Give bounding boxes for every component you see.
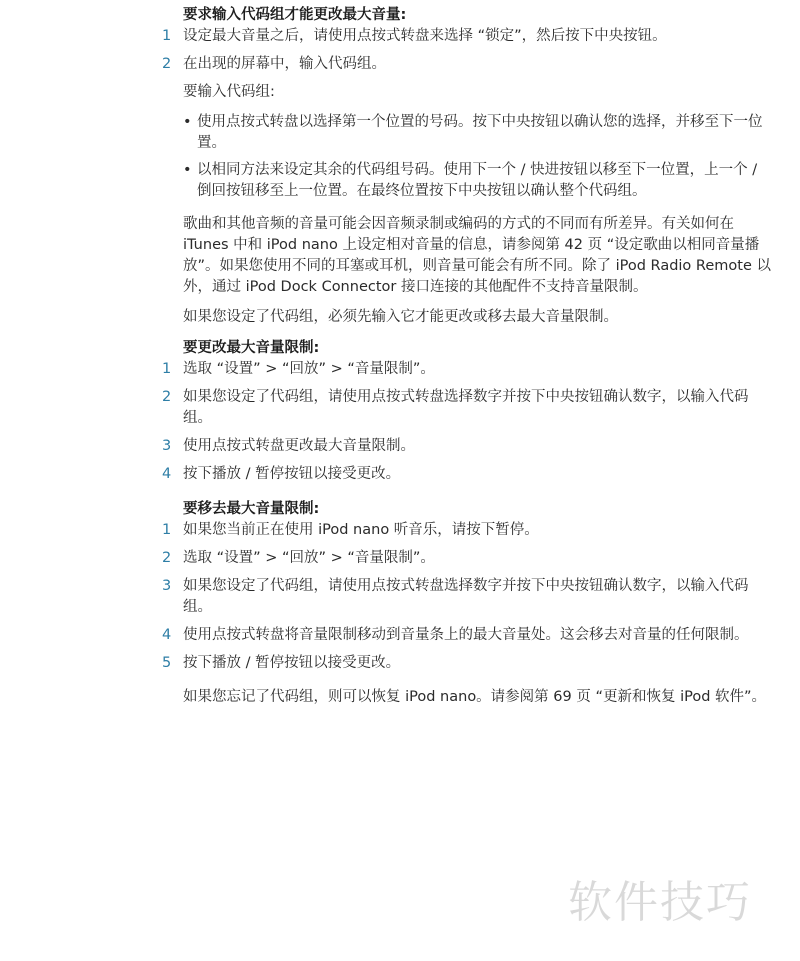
- change-step-1: 1 选取 “设置” > “回放” > “音量限制”。: [183, 359, 773, 380]
- step-text: 选取 “设置” > “回放” > “音量限制”。: [183, 550, 435, 566]
- lock-step-1: 1 设定最大音量之后，请使用点按式转盘来选择 “锁定”，然后按下中央按钮。: [183, 26, 773, 47]
- step-number: 5: [162, 653, 176, 674]
- step-text: 选取 “设置” > “回放” > “音量限制”。: [183, 361, 435, 377]
- passcode-note-paragraph: 如果您设定了代码组，必须先输入它才能更改或移去最大音量限制。: [183, 307, 773, 328]
- bullet-icon: •: [183, 160, 192, 181]
- change-step-4: 4 按下播放 / 暂停按钮以接受更改。: [183, 464, 773, 485]
- step-number: 4: [162, 625, 176, 646]
- step-text: 设定最大音量之后，请使用点按式转盘来选择 “锁定”，然后按下中央按钮。: [183, 28, 667, 44]
- step-text: 如果您设定了代码组，请使用点按式转盘选择数字并按下中央按钮确认数字，以输入代码组…: [183, 578, 749, 615]
- bullet-item: • 以相同方法来设定其余的代码组号码。使用下一个 / 快进按钮以移至下一位置，上…: [183, 160, 773, 202]
- remove-step-1: 1 如果您当前正在使用 iPod nano 听音乐，请按下暂停。: [183, 520, 773, 541]
- step-text: 如果您当前正在使用 iPod nano 听音乐，请按下暂停。: [183, 522, 539, 538]
- bullet-item: • 使用点按式转盘以选择第一个位置的号码。按下中央按钮以确认您的选择，并移至下一…: [183, 112, 773, 154]
- change-step-3: 3 使用点按式转盘更改最大音量限制。: [183, 436, 773, 457]
- bullet-text: 使用点按式转盘以选择第一个位置的号码。按下中央按钮以确认您的选择，并移至下一位置…: [197, 114, 763, 151]
- step-number: 2: [162, 387, 176, 408]
- step-number: 2: [162, 548, 176, 569]
- enter-passcode-label: 要输入代码组:: [183, 82, 773, 103]
- step-number: 3: [162, 436, 176, 457]
- remove-step-4: 4 使用点按式转盘将音量限制移动到音量条上的最大音量处。这会移去对音量的任何限制…: [183, 625, 773, 646]
- bullet-icon: •: [183, 112, 192, 133]
- remove-step-3: 3 如果您设定了代码组，请使用点按式转盘选择数字并按下中央按钮确认数字，以输入代…: [183, 576, 773, 618]
- lock-step-2: 2 在出现的屏幕中，输入代码组。: [183, 54, 773, 75]
- step-text: 如果您设定了代码组，请使用点按式转盘选择数字并按下中央按钮确认数字，以输入代码组…: [183, 389, 749, 426]
- step-number: 1: [162, 26, 176, 47]
- forgot-passcode-note: 如果您忘记了代码组，则可以恢复 iPod nano。请参阅第 69 页 “更新和…: [183, 687, 773, 708]
- step-number: 2: [162, 54, 176, 75]
- section-heading-lock: 要求输入代码组才能更改最大音量:: [183, 4, 773, 26]
- step-text: 按下播放 / 暂停按钮以接受更改。: [183, 655, 400, 671]
- section-heading-change: 要更改最大音量限制:: [183, 337, 773, 359]
- step-number: 4: [162, 464, 176, 485]
- bullet-text: 以相同方法来设定其余的代码组号码。使用下一个 / 快进按钮以移至下一位置，上一个…: [197, 162, 757, 199]
- page-content: 要求输入代码组才能更改最大音量: 1 设定最大音量之后，请使用点按式转盘来选择 …: [183, 4, 773, 717]
- section-heading-remove: 要移去最大音量限制:: [183, 498, 773, 520]
- step-number: 3: [162, 576, 176, 597]
- step-text: 使用点按式转盘更改最大音量限制。: [183, 438, 415, 454]
- change-step-2: 2 如果您设定了代码组，请使用点按式转盘选择数字并按下中央按钮确认数字，以输入代…: [183, 387, 773, 429]
- step-text: 按下播放 / 暂停按钮以接受更改。: [183, 466, 400, 482]
- remove-step-2: 2 选取 “设置” > “回放” > “音量限制”。: [183, 548, 773, 569]
- step-text: 在出现的屏幕中，输入代码组。: [183, 56, 386, 72]
- volume-note-paragraph: 歌曲和其他音频的音量可能会因音频录制或编码的方式的不同而有所差异。有关如何在 i…: [183, 214, 773, 298]
- step-number: 1: [162, 359, 176, 380]
- step-number: 1: [162, 520, 176, 541]
- watermark-text: 软件技巧: [568, 866, 752, 930]
- document-page: 要求输入代码组才能更改最大音量: 1 设定最大音量之后，请使用点按式转盘来选择 …: [0, 0, 800, 961]
- step-text: 使用点按式转盘将音量限制移动到音量条上的最大音量处。这会移去对音量的任何限制。: [183, 627, 749, 643]
- remove-step-5: 5 按下播放 / 暂停按钮以接受更改。: [183, 653, 773, 674]
